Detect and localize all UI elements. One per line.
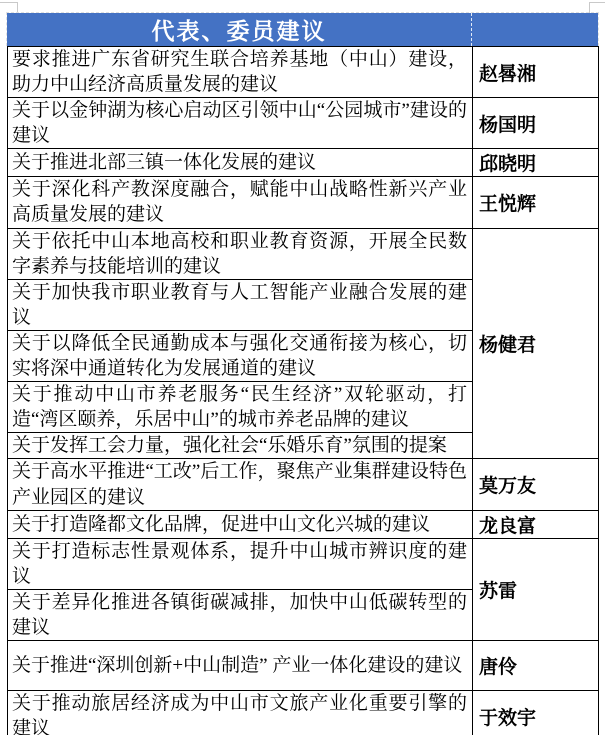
table-row: 关于深化科产教深度融合，赋能中山战略性新兴产业高质量发展的建议王悦辉 [8,177,599,228]
proposer-cell: 杨国明 [473,98,599,149]
proposal-cell: 关于加快我市职业教育与人工智能产业融合发展的建议 [8,279,473,330]
proposer-cell: 邱晓明 [473,149,599,177]
proposal-cell: 关于深化科产教深度融合，赋能中山战略性新兴产业高质量发展的建议 [8,177,473,228]
proposal-cell: 要求推进广东省研究生联合培养基地（中山）建设，助力中山经济高质量发展的建议 [8,47,473,98]
proposer-cell: 龙良富 [473,510,599,538]
proposal-cell: 关于推进“深圳创新+中山制造” 产业一体化建设的建议 [8,640,473,690]
proposal-cell: 关于差异化推进各镇街碳减排，加快中山低碳转型的建议 [8,589,473,640]
proposer-cell: 赵晷湘 [473,47,599,98]
proposal-cell: 关于打造隆都文化品牌，促进中山文化兴城的建议 [8,510,473,538]
proposal-cell: 关于打造标志性景观体系，提升中山城市辨识度的建议 [8,538,473,589]
table-row: 关于打造标志性景观体系，提升中山城市辨识度的建议苏雷 [8,538,599,589]
proposer-cell: 唐伶 [473,640,599,690]
table-row: 关于推进北部三镇一体化发展的建议邱晓明 [8,149,599,177]
table-header-empty-cell [472,13,598,46]
table-row: 关于推进“深圳创新+中山制造” 产业一体化建设的建议唐伶 [8,640,599,690]
proposer-cell: 苏雷 [473,538,599,640]
page-corner-mark-left [0,2,18,13]
proposal-cell: 关于发挥工会力量，强化社会“乐婚乐育”氛围的提案 [8,433,473,459]
proposal-cell: 关于推进北部三镇一体化发展的建议 [8,149,473,177]
proposer-cell: 杨健君 [473,228,599,459]
table-header-title: 代表、委员建议 [7,13,472,46]
proposal-cell: 关于依托中山本地高校和职业教育资源，开展全民数字素养与技能培训的建议 [8,228,473,279]
page-corner-mark-right [589,2,605,13]
proposer-cell: 于效宇 [473,691,599,735]
table-row: 关于打造隆都文化品牌，促进中山文化兴城的建议龙良富 [8,510,599,538]
table-row: 关于依托中山本地高校和职业教育资源，开展全民数字素养与技能培训的建议杨健君 [8,228,599,279]
proposal-cell: 关于以金钟湖为核心启动区引领中山“公园城市”建设的建议 [8,98,473,149]
document-page: 代表、委员建议 要求推进广东省研究生联合培养基地（中山）建设，助力中山经济高质量… [0,0,605,735]
table-row: 要求推进广东省研究生联合培养基地（中山）建设，助力中山经济高质量发展的建议赵晷湘 [8,47,599,98]
table-row: 关于推动旅居经济成为中山市文旅产业化重要引擎的建议于效宇 [8,691,599,735]
table-body: 要求推进广东省研究生联合培养基地（中山）建设，助力中山经济高质量发展的建议赵晷湘… [7,46,599,735]
table-row: 关于以金钟湖为核心启动区引领中山“公园城市”建设的建议杨国明 [8,98,599,149]
table-row: 关于高水平推进“工改”后工作，聚焦产业集群建设特色产业园区的建议莫万友 [8,459,599,510]
proposer-cell: 王悦辉 [473,177,599,228]
proposal-cell: 关于推动中山市养老服务“民生经济”双轮驱动，打造“湾区颐养，乐居中山”的城市养老… [8,382,473,433]
table-header-row: 代表、委员建议 [7,13,598,46]
proposer-cell: 莫万友 [473,459,599,510]
suggestions-table: 代表、委员建议 要求推进广东省研究生联合培养基地（中山）建设，助力中山经济高质量… [7,13,598,735]
proposal-cell: 关于高水平推进“工改”后工作，聚焦产业集群建设特色产业园区的建议 [8,459,473,510]
proposal-cell: 关于推动旅居经济成为中山市文旅产业化重要引擎的建议 [8,691,473,735]
proposal-cell: 关于以降低全民通勤成本与强化交通衔接为核心，切实将深中通道转化为发展通道的建议 [8,330,473,381]
